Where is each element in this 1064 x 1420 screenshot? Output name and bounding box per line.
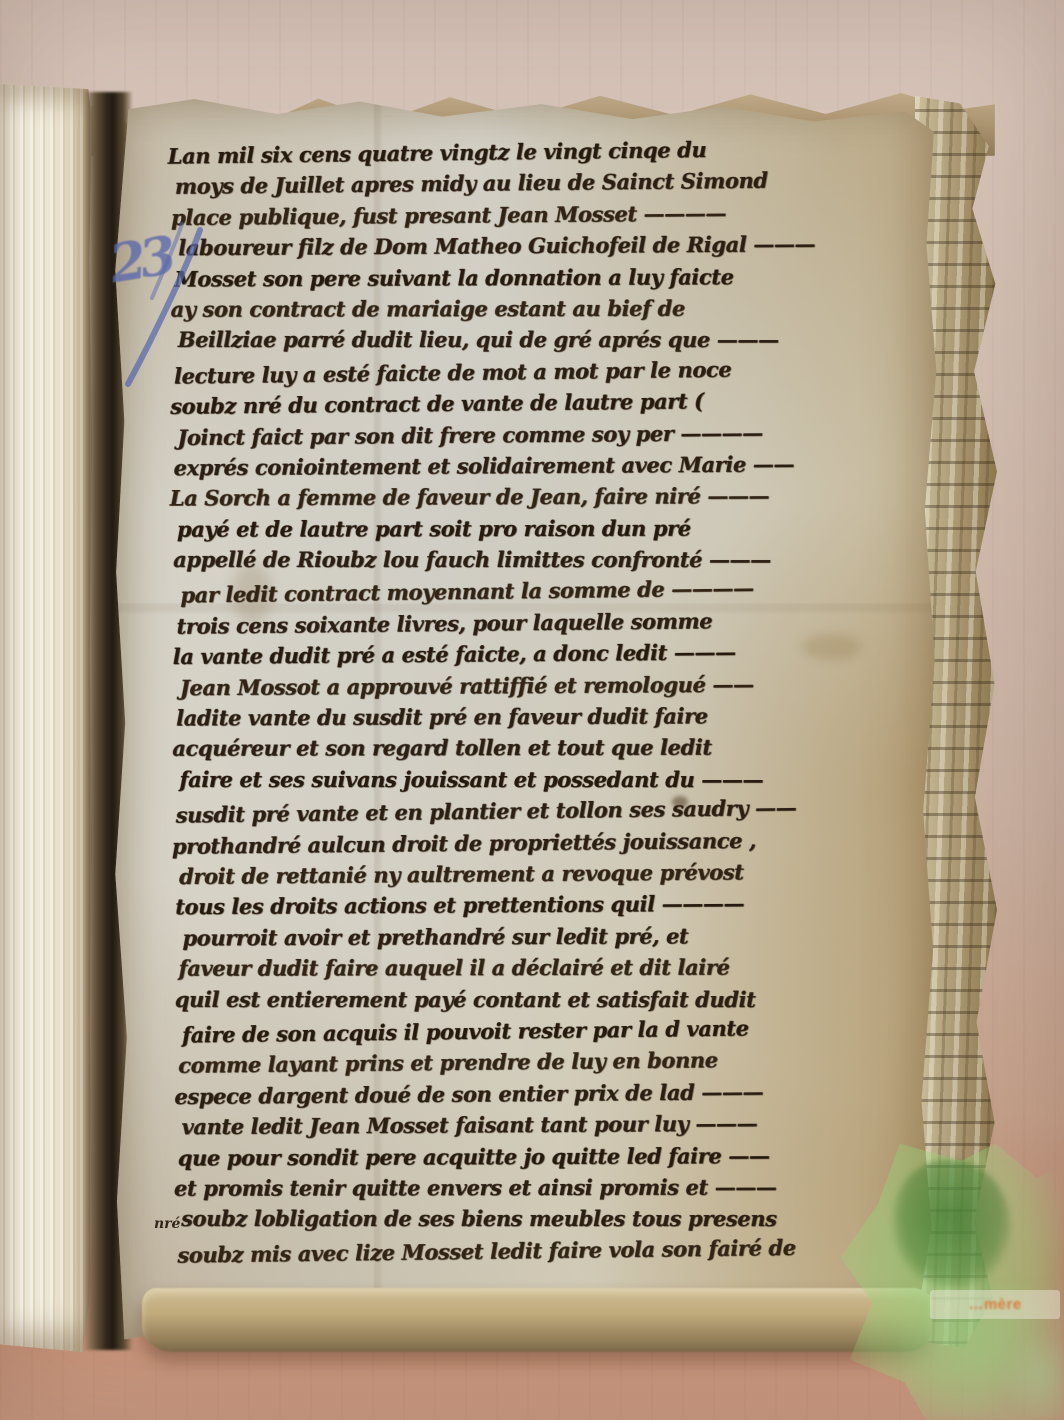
handwriting-line: que pour sondit pere acquitte jo quitte … (178, 1139, 918, 1173)
handwriting-line: Mosset son pere suivant la donnation a l… (174, 260, 914, 294)
folio-number-mark: 23 (104, 222, 234, 397)
handwriting-line: soubz lobligation de ses biens meubles t… (181, 1203, 921, 1235)
watermark-label: …mère (930, 1290, 1060, 1319)
handwriting-line: payé et de lautre part soit pro raison d… (177, 512, 917, 545)
handwriting-line: exprés coniointement et solidairement av… (173, 448, 913, 484)
handwriting-lines: Lan mil six cens quatre vingtz le vingt … (173, 134, 920, 1269)
handwriting-line: et promis tenir quitte envers et ainsi p… (174, 1171, 914, 1204)
bottom-page-fold (142, 1288, 932, 1352)
handwriting-line: faire et ses suivans jouissant et possed… (179, 764, 919, 796)
handwriting-line: tous les droits actions et prettentions … (175, 887, 915, 923)
folio-slash-strokes (104, 222, 234, 397)
interline-note: nré (154, 1216, 180, 1232)
handwriting-line: pourroit avoir et prethandré sur ledit p… (182, 919, 922, 953)
watermark-text: …mère (968, 1296, 1021, 1313)
left-page-stack (0, 84, 92, 1352)
handwriting-line: faveur dudit faire auquel il a déclairé … (179, 951, 919, 984)
handwriting-line: appellé de Rioubz lou fauch limittes con… (173, 544, 913, 576)
manuscript-page: Lan mil six cens quatre vingtz le vingt … (112, 94, 938, 1352)
handwriting-line: La Sorch a femme de faveur de Jean, fair… (170, 480, 910, 514)
watermark-dark-green-blob (893, 1160, 1011, 1288)
handwriting-line: soubz mis avec lize Mosset ledit faire v… (177, 1230, 917, 1271)
manuscript-photograph: Lan mil six cens quatre vingtz le vingt … (0, 0, 1064, 1420)
handwriting-line: droit de rettanié ny aultrement a revoqu… (179, 855, 919, 892)
watermark-corner-smudge (1002, 1332, 1064, 1420)
handwriting-line: acquéreur et son regard tollen et tout q… (172, 732, 912, 765)
handwriting-line: Beillziae parré dudit lieu, qui de gré a… (178, 324, 918, 356)
handwriting-line: Joinct faict par son dit frere comme soy… (177, 415, 917, 452)
handwriting-line: ay son contract de mariaige estant au bi… (171, 292, 911, 325)
handwriting-line: ladite vante du susdit pré en faveur dud… (176, 700, 916, 734)
handwriting-line: vante ledit Jean Mosset faisant tant pou… (181, 1107, 921, 1143)
handwriting-line: Jean Mossot a approuvé rattiffié et remo… (180, 667, 920, 703)
handwriting-line: laboureur filz de Dom Matheo Guichofeil … (178, 228, 918, 264)
handwriting-line: quil est entierement payé contant et sat… (175, 983, 915, 1015)
